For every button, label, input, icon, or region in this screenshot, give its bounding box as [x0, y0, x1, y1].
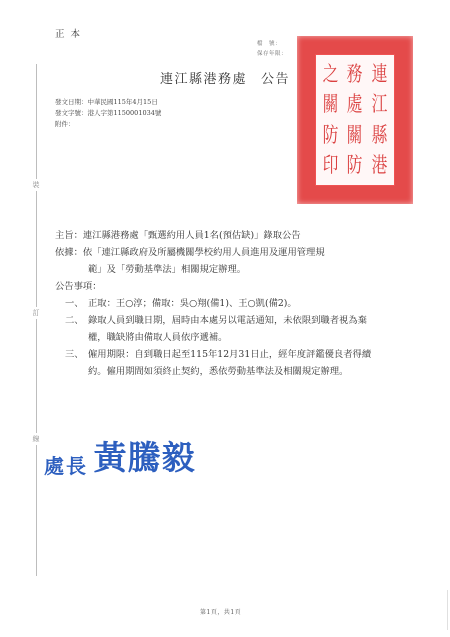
basis-row-cont: 範」及「勞動基準法」相關規定辦理。 [55, 261, 395, 278]
notice-label: 公告事項： [55, 278, 102, 295]
file-number-label: 檔 號： [257, 39, 281, 47]
binding-mark-ding: 訂 [30, 307, 42, 319]
binding-mark-zhuang: 裝 [30, 179, 42, 191]
issue-date: 發文日期：中華民國115年4月15日 [55, 97, 158, 106]
binding-line [36, 64, 37, 576]
notice-item-number: 一、 [65, 295, 88, 312]
page-number: 第1頁，共1頁 [200, 607, 241, 616]
notice-item-text: 僱用期限：自到職日起至115年12月31日止，經年度評鑑優良者得續約。僱用期間如… [88, 346, 378, 380]
notice-item-1: 一、 正取：王○淳；備取：吳○翔(備1)、王○凱(備2)。 [55, 295, 395, 312]
agency-name: 連江縣港務處 [160, 72, 247, 87]
copy-type-label: 正本 [55, 26, 86, 40]
basis-text-line2: 範」及「勞動基準法」相關規定辦理。 [88, 261, 246, 278]
notice-item-text: 正取：王○淳；備取：吳○翔(備1)、王○凱(備2)。 [88, 295, 378, 312]
signature-name: 黃騰毅 [94, 438, 196, 477]
attachment-label: 附件： [55, 119, 75, 128]
director-signature: 處長 黃騰毅 [44, 432, 196, 479]
retention-period-label: 保存年限： [257, 49, 287, 57]
signature-title: 處長 [44, 454, 88, 478]
notice-item-2: 二、 錄取人員到職日期，屆時由本處另以電話通知，未依限到職者視為棄權，職缺將由備… [55, 312, 395, 346]
basis-label: 依據： [55, 244, 83, 261]
subject-row: 主旨： 連江縣港務處「甄選約用人員1名(預估缺)」錄取公告 [55, 227, 395, 244]
document-title: 連江縣港務處公告 [160, 68, 290, 87]
notice-item-3: 三、 僱用期限：自到職日起至115年12月31日止，經年度評鑑優良者得續約。僱用… [55, 346, 395, 380]
seal-column-1: 連江縣港 [372, 59, 388, 181]
basis-text-line1: 依「連江縣政府及所屬機關學校約用人員進用及運用管理規 [83, 244, 325, 261]
notice-item-number: 二、 [65, 312, 88, 346]
notice-item-number: 三、 [65, 346, 88, 380]
issue-number: 發文字號：港人字第1150001034號 [55, 108, 161, 117]
official-seal: 連江縣港 務處關防 之關防印 [297, 36, 413, 204]
basis-row: 依據： 依「連江縣政府及所屬機關學校約用人員進用及運用管理規 [55, 244, 395, 261]
binding-mark-xian: 線 [30, 433, 42, 445]
seal-column-3: 之關防印 [322, 59, 338, 181]
seal-column-2: 務處關防 [347, 59, 363, 181]
document-body: 主旨： 連江縣港務處「甄選約用人員1名(預估缺)」錄取公告 依據： 依「連江縣政… [55, 227, 395, 380]
page-edge [447, 590, 448, 630]
seal-inner-frame: 連江縣港 務處關防 之關防印 [315, 54, 395, 186]
subject-text: 連江縣港務處「甄選約用人員1名(預估缺)」錄取公告 [83, 227, 301, 244]
subject-label: 主旨： [55, 227, 83, 244]
notice-item-text: 錄取人員到職日期，屆時由本處另以電話通知，未依限到職者視為棄權，職缺將由備取人員… [88, 312, 378, 346]
document-type: 公告 [261, 72, 290, 87]
notice-heading-row: 公告事項： [55, 278, 395, 295]
